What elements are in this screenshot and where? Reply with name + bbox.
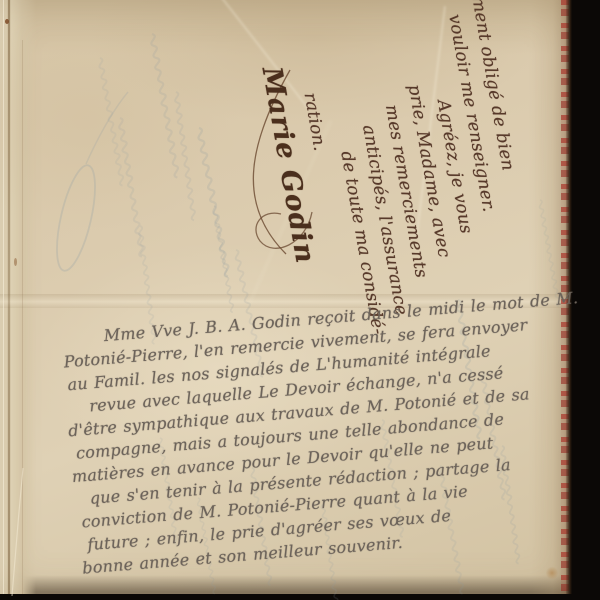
paper-crack bbox=[12, 468, 23, 596]
scanned-manuscript: { "document": { "type_label": "handwritt… bbox=[0, 0, 600, 600]
bleedthrough-flourish-oval bbox=[49, 162, 103, 274]
pencil-annotation: Mme Vve J. B. A. Godin reçoit dans le mi… bbox=[56, 286, 595, 580]
bleedthrough-flourish-tail bbox=[86, 92, 128, 164]
